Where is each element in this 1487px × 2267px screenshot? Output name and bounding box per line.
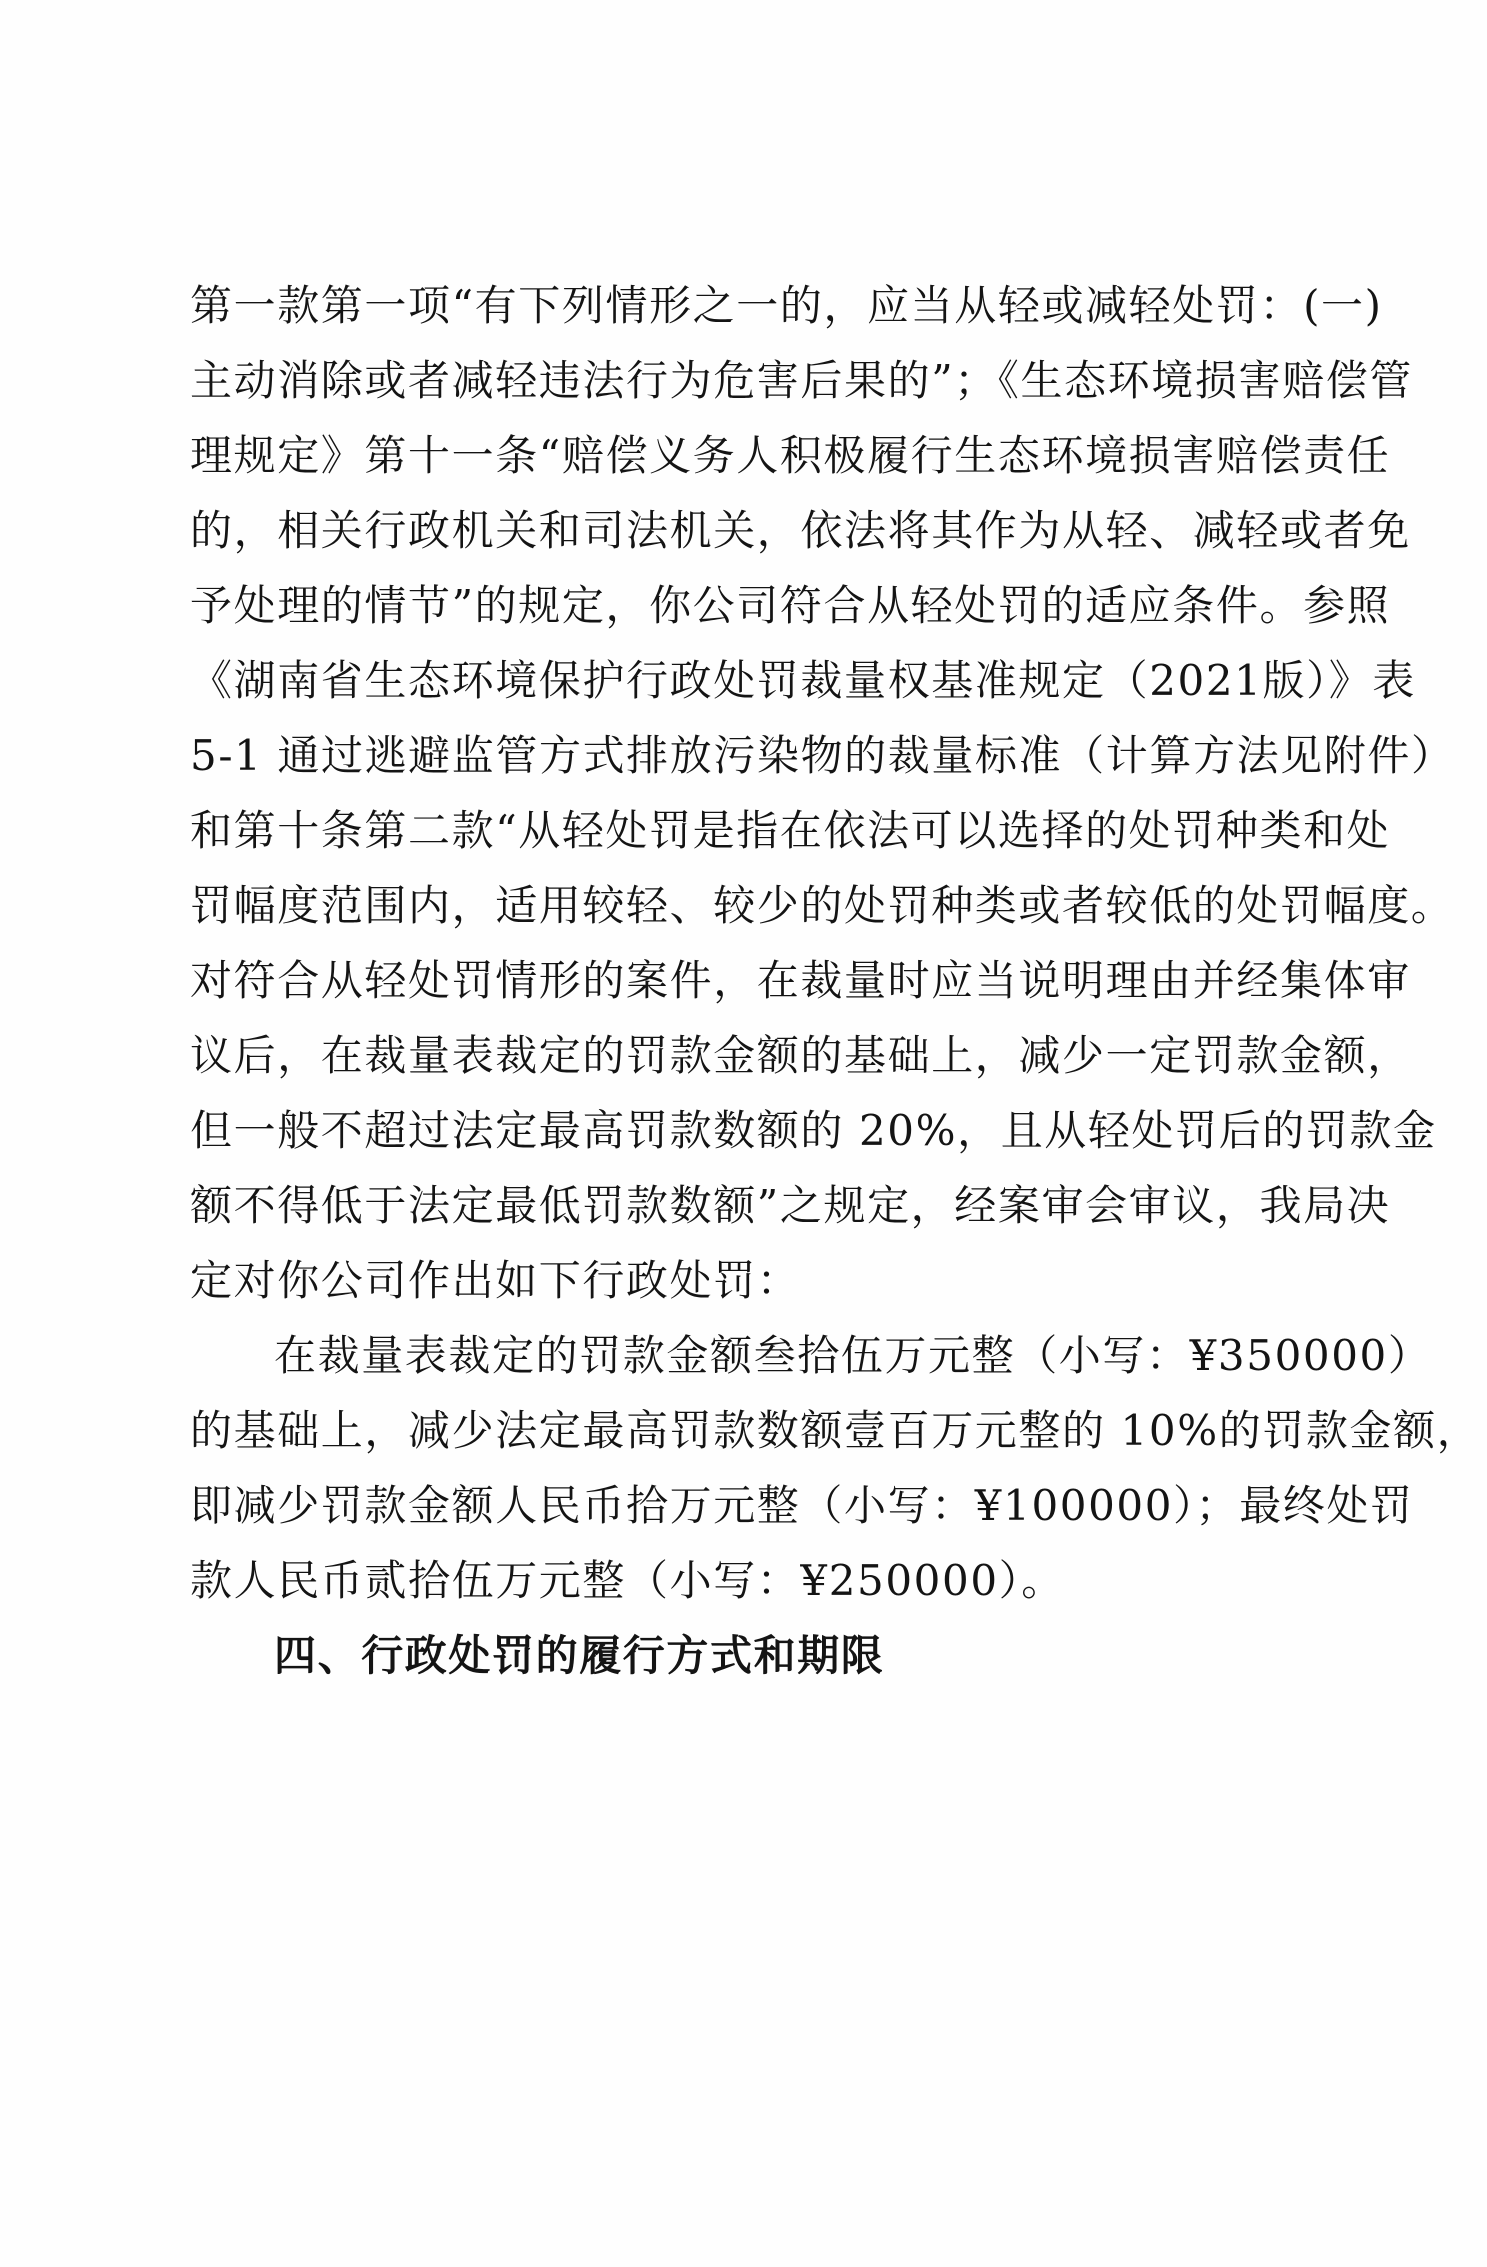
paragraph-line: 定对你公司作出如下行政处罚： [190, 1251, 1300, 1326]
paragraph-line: 和第十条第二款“从轻处罚是指在依法可以选择的处罚种类和处 [190, 801, 1300, 876]
paragraph-line: 但一般不超过法定最高罚款数额的 20%，且从轻处罚后的罚款金 [190, 1101, 1300, 1176]
penalty-paragraph-line: 款人民币贰拾伍万元整（小写：¥250000）。 [190, 1551, 1300, 1626]
penalty-paragraph-line: 在裁量表裁定的罚款金额叁拾伍万元整（小写：¥350000） [190, 1326, 1300, 1401]
paragraph-line: 主动消除或者减轻违法行为危害后果的”；《生态环境损害赔偿管 [190, 351, 1300, 426]
paragraph-line: 理规定》第十一条“赔偿义务人积极履行生态环境损害赔偿责任 [190, 426, 1300, 501]
paragraph-line: 《湖南省生态环境保护行政处罚裁量权基准规定（2021版）》表 [190, 651, 1300, 726]
document-page: 第一款第一项“有下列情形之一的，应当从轻或减轻处罚：(一) 主动消除或者减轻违法… [0, 0, 1487, 2267]
paragraph-line: 第一款第一项“有下列情形之一的，应当从轻或减轻处罚：(一) [190, 276, 1300, 351]
paragraph-line: 对符合从轻处罚情形的案件，在裁量时应当说明理由并经集体审 [190, 951, 1300, 1026]
paragraph-line: 5-1 通过逃避监管方式排放污染物的裁量标准（计算方法见附件） [190, 726, 1300, 801]
paragraph-line: 予处理的情节”的规定，你公司符合从轻处罚的适应条件。参照 [190, 576, 1300, 651]
paragraph-line: 的，相关行政机关和司法机关，依法将其作为从轻、减轻或者免 [190, 501, 1300, 576]
paragraph-line: 罚幅度范围内，适用较轻、较少的处罚种类或者较低的处罚幅度。 [190, 876, 1300, 951]
body-text: 第一款第一项“有下列情形之一的，应当从轻或减轻处罚：(一) 主动消除或者减轻违法… [190, 276, 1300, 1701]
section-heading: 四、行政处罚的履行方式和期限 [190, 1626, 1300, 1701]
penalty-paragraph-line: 即减少罚款金额人民币拾万元整（小写：¥100000）；最终处罚 [190, 1476, 1300, 1551]
paragraph-line: 议后，在裁量表裁定的罚款金额的基础上，减少一定罚款金额， [190, 1026, 1300, 1101]
paragraph-line: 额不得低于法定最低罚款数额”之规定，经案审会审议，我局决 [190, 1176, 1300, 1251]
penalty-paragraph-line: 的基础上，减少法定最高罚款数额壹百万元整的 10%的罚款金额， [190, 1401, 1300, 1476]
